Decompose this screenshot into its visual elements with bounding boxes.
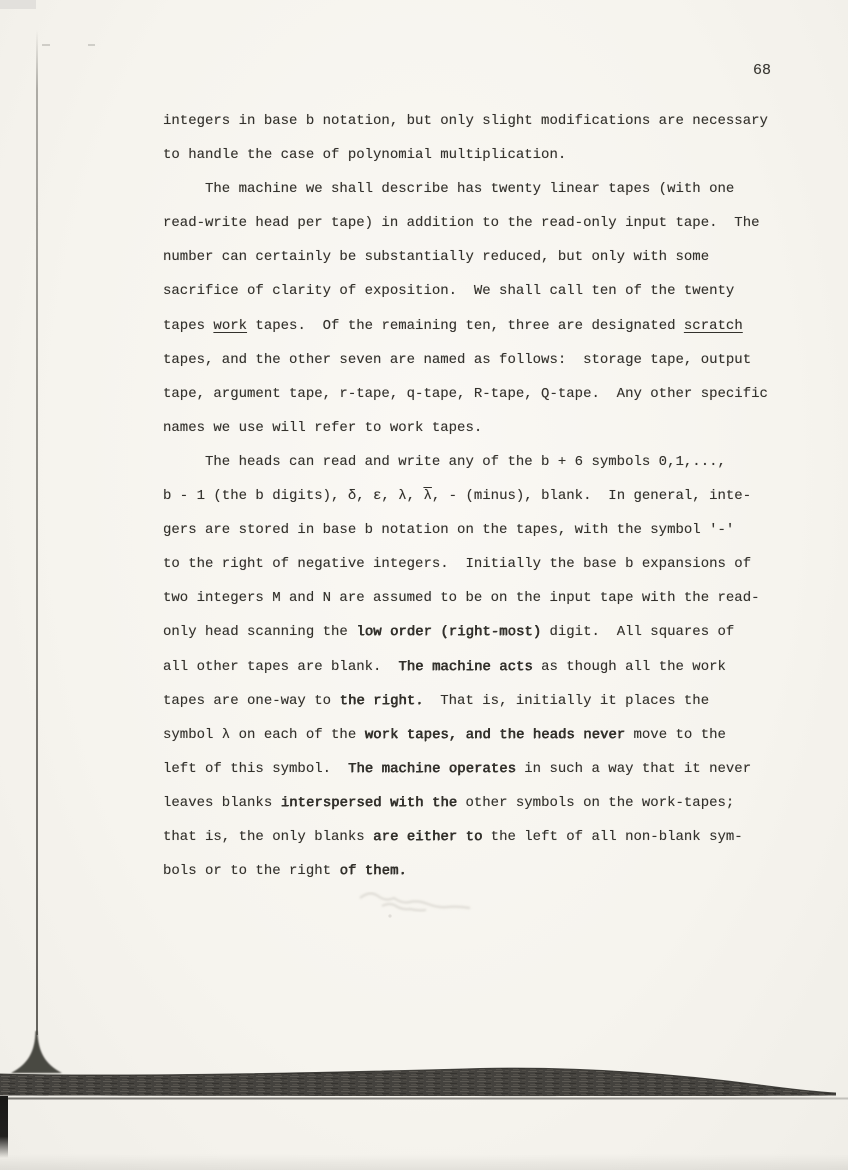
scan-speck	[88, 44, 95, 46]
text-segment: That is, initially it places the	[423, 693, 709, 709]
text-segment: tapes	[163, 318, 213, 334]
text-segment: The machine operates	[348, 761, 516, 777]
text-segment: to handle the case of polynomial multipl…	[163, 147, 566, 163]
text-segment: tapes, and the other seven are named as …	[163, 352, 751, 368]
scan-corner-patch	[0, 0, 36, 9]
text-segment: digit. All squares of	[541, 624, 734, 640]
text-segment: to the right of negative integers. Initi…	[163, 556, 751, 572]
text-segment: low order (right-most)	[356, 624, 541, 640]
text-segment: the left of all non-blank sym-	[482, 829, 742, 845]
underlined-term: scratch	[684, 318, 743, 334]
text-line: gers are stored in base b notation on th…	[163, 513, 803, 547]
text-segment: work tapes, and the heads never	[365, 727, 625, 743]
text-segment: all other tapes are blank.	[163, 659, 398, 675]
text-line: left of this symbol. The machine operate…	[163, 752, 803, 786]
text-segment: b - 1 (the b digits), δ, ε, λ,	[163, 488, 423, 504]
text-line: symbol λ on each of the work tapes, and …	[163, 718, 803, 752]
text-line: tape, argument tape, r-tape, q-tape, R-t…	[163, 377, 803, 411]
text-line: to handle the case of polynomial multipl…	[163, 138, 803, 172]
text-line: integers in base b notation, but only sl…	[163, 104, 803, 138]
text-segment: left of this symbol.	[163, 761, 348, 777]
text-line: to the right of negative integers. Initi…	[163, 547, 803, 581]
text-line: tapes are one-way to the right. That is,…	[163, 684, 803, 718]
text-line: that is, the only blanks are either to t…	[163, 820, 803, 854]
text-line: all other tapes are blank. The machine a…	[163, 650, 803, 684]
pencil-smudge	[352, 888, 502, 922]
scanned-document-page: { "page": { "number": "68" }, "colors": …	[0, 0, 848, 1170]
bottom-edge-shading	[0, 1154, 848, 1170]
under-band-line	[0, 1098, 848, 1100]
text-segment: in such a way that it never	[516, 761, 751, 777]
text-line: sacrifice of clarity of exposition. We s…	[163, 274, 803, 308]
text-line: tapes, and the other seven are named as …	[163, 343, 803, 377]
text-segment: , - (minus), blank. In general, inte-	[432, 488, 751, 504]
text-segment: move to the	[625, 727, 726, 743]
underlined-term: work	[213, 318, 247, 334]
text-segment: tapes. Of the remaining ten, three are d…	[247, 318, 684, 334]
text-segment: bols or to the right	[163, 863, 339, 879]
text-segment: sacrifice of clarity of exposition. We s…	[163, 283, 734, 299]
text-segment: The machine acts	[398, 659, 532, 675]
text-segment: are either to	[373, 829, 482, 845]
text-segment: the right.	[339, 693, 423, 709]
text-segment: The heads can read and write any of the …	[163, 454, 726, 470]
text-segment: two integers M and N are assumed to be o…	[163, 590, 760, 606]
scan-speck	[42, 44, 50, 46]
page-edge-line	[36, 30, 38, 1035]
corner-black-strip	[0, 1096, 8, 1158]
text-segment: interspersed with the	[281, 795, 457, 811]
text-line: bols or to the right of them.	[163, 854, 803, 888]
text-segment: symbol λ on each of the	[163, 727, 365, 743]
scan-gutter-shadow	[0, 1030, 848, 1170]
text-line: The heads can read and write any of the …	[163, 445, 803, 479]
text-line: two integers M and N are assumed to be o…	[163, 581, 803, 615]
text-segment: leaves blanks	[163, 795, 281, 811]
text-segment: tapes are one-way to	[163, 693, 339, 709]
text-line: The machine we shall describe has twenty…	[163, 172, 803, 206]
gutter-band-shape	[0, 1068, 836, 1096]
text-segment: that is, the only blanks	[163, 829, 373, 845]
text-segment: names we use will refer to work tapes.	[163, 420, 482, 436]
text-segment: number can certainly be substantially re…	[163, 249, 709, 265]
text-line: tapes work tapes. Of the remaining ten, …	[163, 309, 803, 343]
text-segment: only head scanning the	[163, 624, 356, 640]
text-segment: gers are stored in base b notation on th…	[163, 522, 734, 538]
edge-line-flare	[11, 1031, 62, 1073]
text-line: number can certainly be substantially re…	[163, 240, 803, 274]
text-line: b - 1 (the b digits), δ, ε, λ, λ, - (min…	[163, 479, 803, 513]
text-segment: tape, argument tape, r-tape, q-tape, R-t…	[163, 386, 768, 402]
text-segment: The machine we shall describe has twenty…	[163, 181, 734, 197]
document-text: integers in base b notation, but only sl…	[163, 104, 803, 888]
text-line: leaves blanks interspersed with the othe…	[163, 786, 803, 820]
text-segment: of them.	[339, 863, 406, 879]
page-number: 68	[753, 62, 771, 79]
text-segment: other symbols on the work-tapes;	[457, 795, 734, 811]
text-segment: read-write head per tape) in addition to…	[163, 215, 760, 231]
text-segment: as though all the work	[533, 659, 726, 675]
text-line: names we use will refer to work tapes.	[163, 411, 803, 445]
text-line: read-write head per tape) in addition to…	[163, 206, 803, 240]
text-segment: integers in base b notation, but only sl…	[163, 113, 768, 129]
text-segment: λ	[423, 488, 431, 504]
text-line: only head scanning the low order (right-…	[163, 615, 803, 649]
